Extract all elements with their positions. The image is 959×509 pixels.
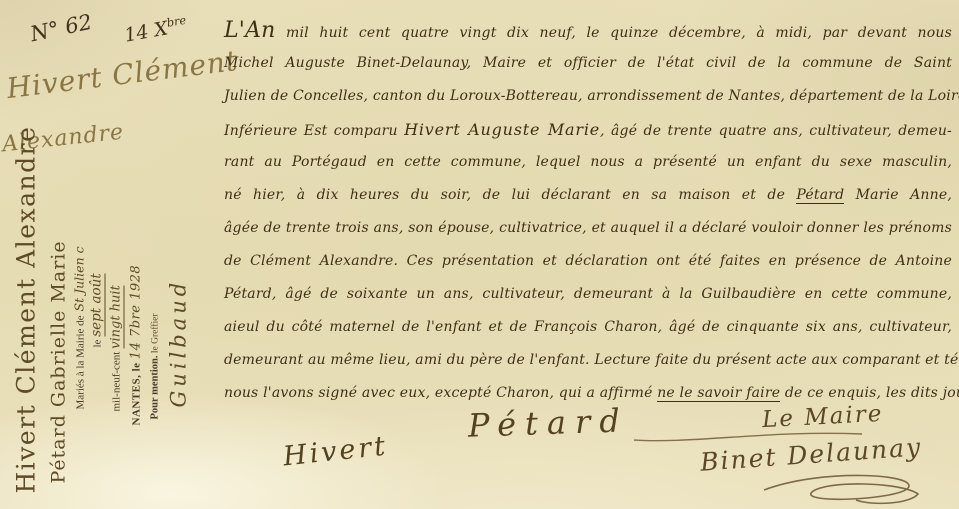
act-line-pre: de Clément Alexandre. Ces présentation e…	[224, 253, 952, 269]
act-line: Michel Auguste Binet-Delaunay, Maire et …	[224, 47, 952, 80]
act-line-underlined: Pétard	[796, 187, 844, 204]
act-line-post: Marie Anne,	[844, 187, 952, 203]
mention-greffier-signature: Guilbaud	[163, 138, 195, 498]
act-line-pre: Julien de Concelles, canton du Loroux-Bo…	[224, 88, 959, 104]
margin-child-name-line1: Hivert Clément	[5, 44, 240, 105]
act-line-pre: demeurant au même lieu, ami du père de l…	[224, 352, 959, 368]
act-line-pre: Pétard, âgé de soixante un ans, cultivat…	[224, 286, 952, 302]
act-line-underlined: ne le savoir faire	[657, 385, 780, 402]
act-line-post: , âgé de trente quatre ans, cultivateur,…	[600, 123, 952, 139]
mention-city-date-hand: 14 7bre 1928	[129, 265, 144, 359]
signature-paraph	[752, 472, 932, 508]
document-paper: { "document": { "margin": { "act_number"…	[0, 0, 959, 509]
margin-act-number: N° 62	[28, 10, 94, 46]
act-line-post: de ce enquis, les dits jour, mois et an	[780, 385, 959, 401]
act-line: Pétard, âgé de soixante un ans, cultivat…	[224, 278, 952, 311]
signature-petard-tail	[630, 424, 870, 446]
act-line: de Clément Alexandre. Ces présentation e…	[224, 245, 952, 278]
act-line-pre: Michel Auguste Binet-Delaunay, Maire et …	[224, 55, 952, 71]
mention-place-hand: St Julien c	[72, 246, 87, 315]
mention-date-line: le sept août	[88, 138, 107, 498]
marriage-mention-block: Hivert Clément Alexandre Pétard Gabriell…	[8, 138, 213, 498]
mention-year-hand: vingt huit	[109, 285, 125, 349]
signature-hivert: Hivert	[282, 431, 390, 473]
act-line: âgée de trente trois ans, son épouse, cu…	[224, 212, 952, 245]
act-line-initial: L'An	[224, 18, 276, 43]
mention-wife-name: Pétard Gabrielle Marie	[46, 138, 72, 498]
mention-year-line: mil-neuf-cent vingt huit	[107, 138, 127, 498]
mention-date-hand: sept août	[89, 273, 106, 337]
mention-city-line: NANTES, le 14 7bre 1928	[127, 138, 147, 498]
act-line-pre: aieul du côté maternel de l'enfant et de…	[224, 319, 952, 335]
act-line-pre: rant au Portégaud en cette commune, lequ…	[224, 154, 952, 170]
act-line-pre: né hier, à dix heures du soir, de lui dé…	[224, 187, 796, 203]
mention-husband-name: Hivert Clément Alexandre	[8, 138, 46, 498]
act-line-pre: Inférieure Est comparu	[224, 123, 404, 139]
mention-stamp-city: NANTES, le	[131, 359, 143, 425]
signature-petard: Pétard	[467, 401, 629, 445]
mention-stamp-greffier: le Greffier	[151, 313, 161, 355]
act-body: L'An mil huit cent quatre vingt dix neuf…	[224, 14, 954, 410]
act-line-pre: nous l'avons signé avec eux, excepté Cha…	[224, 385, 657, 401]
act-line-pre: mil huit cent quatre vingt dix neuf, le …	[276, 25, 952, 41]
margin-act-date: 14 Xbre	[122, 13, 188, 47]
mention-stamp-le: le	[92, 337, 104, 348]
act-line: Julien de Concelles, canton du Loroux-Bo…	[224, 80, 952, 113]
act-line: demeurant au même lieu, ami du père de l…	[224, 344, 952, 377]
act-line: aieul du côté maternel de l'enfant et de…	[224, 311, 952, 344]
mention-stamp-year: mil-neuf-cent	[111, 349, 123, 412]
mention-stamp-pour-mention: Pour mention.	[150, 356, 161, 420]
act-line: Inférieure Est comparu Hivert Auguste Ma…	[224, 113, 952, 146]
margin-act-date-suffix: bre	[166, 13, 188, 30]
act-line-pre: âgée de trente trois ans, son épouse, cu…	[224, 220, 952, 236]
mention-stamp-married-line: Mariés à la Mairie de St Julien c	[72, 138, 88, 498]
act-line: L'An mil huit cent quatre vingt dix neuf…	[224, 14, 952, 47]
mention-stamp-married: Mariés à la Mairie de	[75, 315, 87, 409]
act-line: rant au Portégaud en cette commune, lequ…	[224, 146, 952, 179]
mention-pour-mention-line: Pour mention. le Greffier	[147, 138, 163, 498]
act-line: né hier, à dix heures du soir, de lui dé…	[224, 179, 952, 212]
margin-act-date-main: 14 X	[123, 17, 170, 46]
act-line-em: Hivert Auguste Marie	[404, 120, 600, 139]
